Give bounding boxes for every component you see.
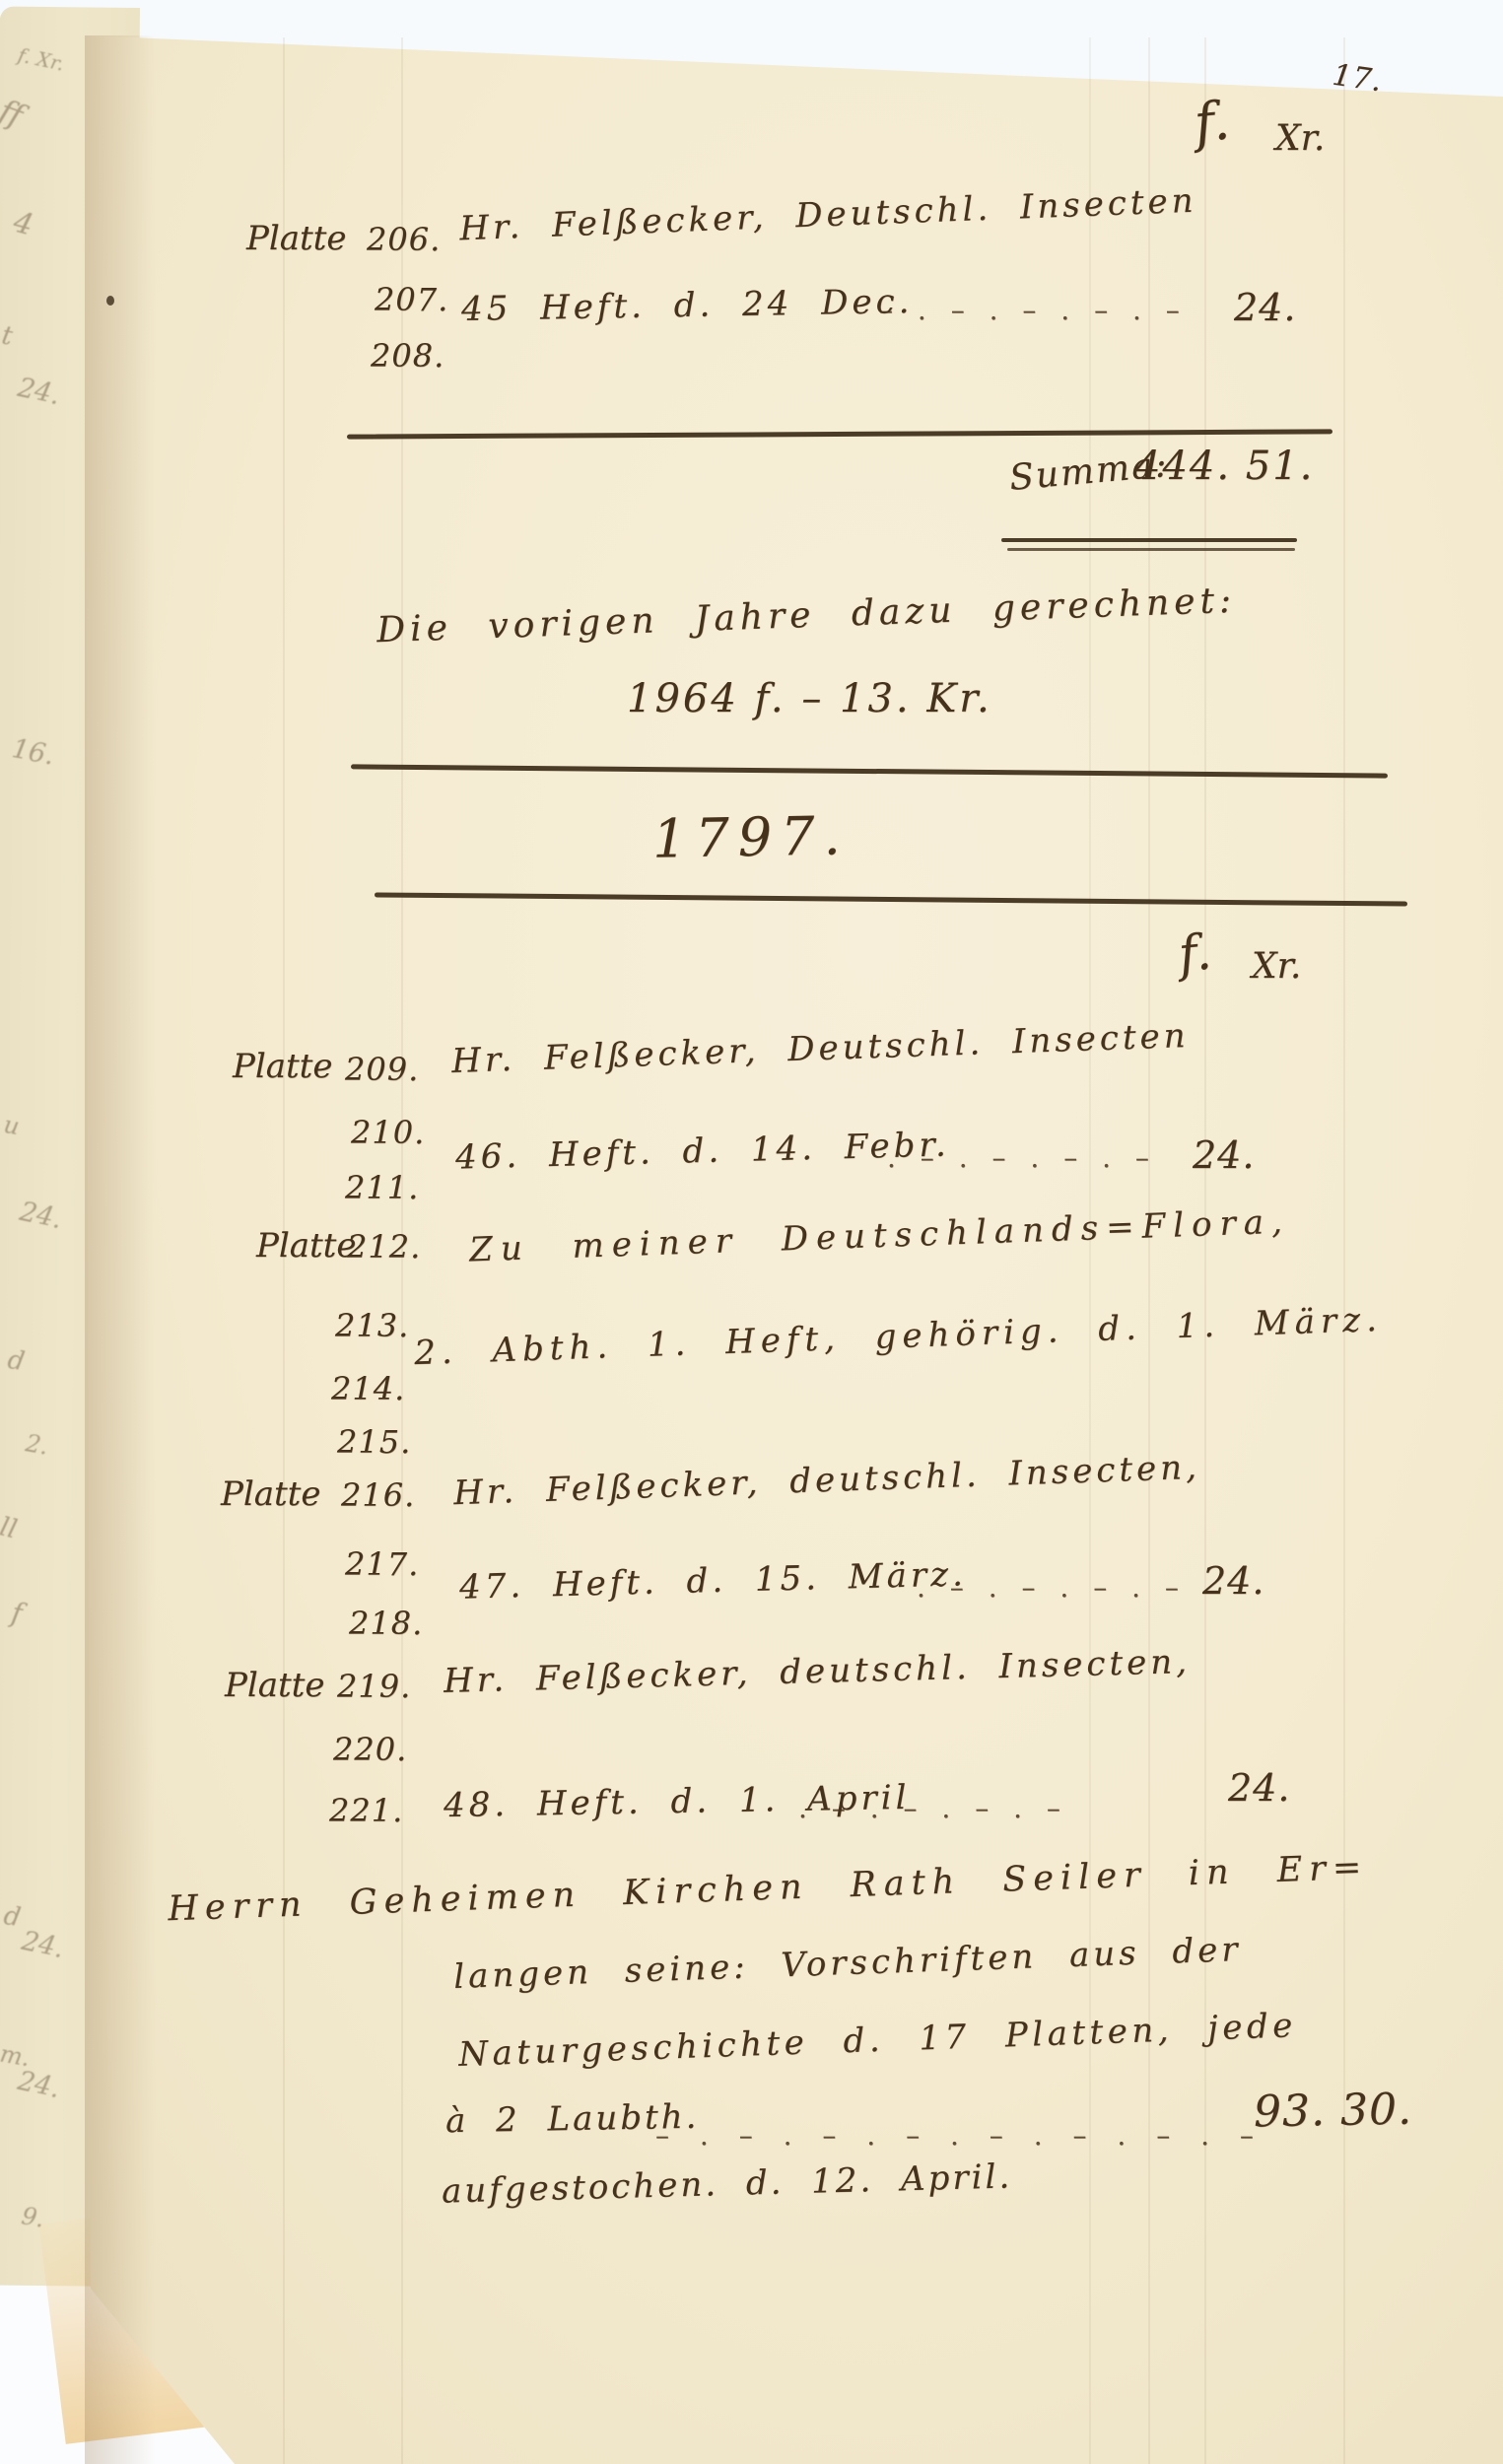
leader-dots: . – . – . – . –: [887, 1141, 1154, 1174]
plate-number: 214.: [331, 1370, 405, 1407]
plate-number: 215.: [337, 1423, 411, 1461]
summa-underline: [1007, 548, 1295, 551]
manuscript-photo: f. Xr. ff 4 t 24. 16. u 24. d 2. ll f d …: [0, 0, 1503, 2464]
amount-kreuzer: 24.: [1193, 1133, 1255, 1177]
amount-florin-kreuzer: 93. 30.: [1254, 2085, 1413, 2138]
florin-header: f.: [1192, 89, 1233, 154]
year-heading: 1797.: [651, 804, 850, 869]
plate-number: 206.: [367, 221, 441, 258]
amount-kreuzer: 24.: [1202, 1559, 1264, 1603]
leader-dots: . – . – . – . –: [798, 1792, 1065, 1824]
entry-text: 45 Heft. d. 24 Dec.: [461, 282, 914, 329]
entry-label: Platte: [233, 1047, 332, 1086]
plate-number: 207.: [375, 281, 448, 318]
plate-number: 219.: [337, 1668, 411, 1705]
margin-mark: 2.: [24, 1429, 50, 1461]
leader-dots: – . – . – . – . – . – . – . –: [655, 2119, 1262, 2152]
florin-header: f.: [1176, 923, 1214, 983]
plate-number: 218.: [349, 1605, 423, 1642]
column-crease: [1204, 37, 1206, 2464]
carryover-value: 1964 f. – 13. Kr.: [627, 676, 992, 721]
summa-value: 444. 51.: [1135, 444, 1314, 489]
column-crease: [1089, 37, 1091, 2464]
plate-number: 208.: [371, 337, 444, 375]
entry-label: Platte: [256, 1226, 356, 1266]
kreuzer-header: Xr.: [1252, 946, 1301, 987]
plate-number: 216.: [341, 1476, 415, 1514]
ink-speck: [106, 296, 114, 306]
plate-number: 220.: [333, 1731, 407, 1768]
plate-number: 209.: [345, 1051, 419, 1088]
plate-number: 221.: [329, 1792, 403, 1829]
plate-number: 210.: [351, 1114, 425, 1151]
leader-dots: – . – . – . – . –: [879, 294, 1185, 326]
plate-number: 212.: [347, 1228, 421, 1266]
margin-mark: 9.: [20, 2202, 46, 2233]
entry-label: Platte: [221, 1474, 320, 1514]
plate-number: 211.: [345, 1169, 419, 1206]
amount-kreuzer: 24.: [1234, 286, 1296, 329]
entry-label: Platte: [246, 219, 346, 258]
plate-number: 217.: [345, 1545, 419, 1583]
amount-kreuzer: 24.: [1228, 1766, 1290, 1810]
page-number: 17.: [1331, 58, 1385, 100]
entry-label: Platte: [225, 1666, 324, 1705]
plate-number: 213.: [335, 1307, 409, 1344]
summa-underline: [1001, 538, 1297, 542]
kreuzer-header: Xr.: [1275, 118, 1325, 159]
leader-dots: . – . – . – . –: [917, 1571, 1184, 1604]
gutter-shadow: [85, 35, 156, 2464]
column-crease: [1148, 37, 1150, 2464]
